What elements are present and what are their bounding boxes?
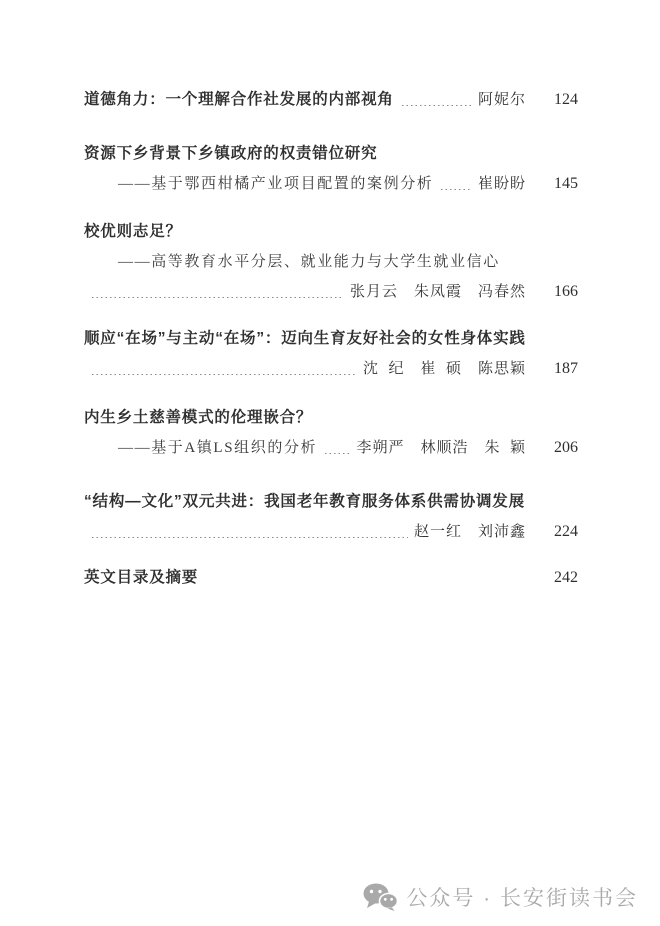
entry-subtitle: ——基于鄂西柑橘产业项目配置的案例分析	[118, 169, 433, 199]
entry-subtitle-line: ——基于A镇LS组织的分析李朔严 林顺浩 朱 颖206	[84, 433, 578, 463]
entry-title-line: 资源下乡背景下乡镇政府的权责错位研究	[84, 139, 578, 169]
toc-entry: 资源下乡背景下乡镇政府的权责错位研究——基于鄂西柑橘产业项目配置的案例分析崔盼盼…	[84, 139, 578, 199]
toc-page: 道德角力：一个理解合作社发展的内部视角阿妮尔124资源下乡背景下乡镇政府的权责错…	[0, 0, 660, 926]
entry-page-number: 124	[548, 85, 578, 115]
entry-authors: 张月云 朱凤霞 冯春然	[350, 277, 526, 307]
entry-title: 英文目录及摘要	[84, 563, 198, 593]
watermark-label: 公众号 · 长安街读书会	[406, 882, 638, 912]
entry-authors-line: 张月云 朱凤霞 冯春然166	[84, 277, 578, 307]
entry-authors: 李朔严 林顺浩 朱 颖	[356, 433, 526, 463]
entry-title-line: 英文目录及摘要242	[84, 563, 578, 593]
entry-subtitle: ——基于A镇LS组织的分析	[118, 433, 317, 463]
entry-title-line: 道德角力：一个理解合作社发展的内部视角阿妮尔124	[84, 85, 578, 115]
toc-entry: 内生乡土慈善模式的伦理嵌合？——基于A镇LS组织的分析李朔严 林顺浩 朱 颖20…	[84, 403, 578, 463]
entry-authors: 阿妮尔	[478, 85, 526, 115]
dot-leader	[441, 188, 472, 190]
entry-title-line: 顺应“在场”与主动“在场”：迈向生育友好社会的女性身体实践	[84, 324, 578, 354]
entry-authors-line: 赵一红 刘沛鑫224	[84, 517, 578, 547]
dot-leader	[92, 296, 344, 298]
entry-subtitle-line: ——基于鄂西柑橘产业项目配置的案例分析崔盼盼145	[84, 169, 578, 199]
dot-leader	[92, 373, 357, 375]
entry-page-number: 187	[548, 354, 578, 384]
dot-leader	[325, 452, 350, 454]
entry-authors: 赵一红 刘沛鑫	[414, 517, 526, 547]
entry-subtitle: ——高等教育水平分层、就业能力与大学生就业信心	[118, 247, 500, 277]
toc-entry: 道德角力：一个理解合作社发展的内部视角阿妮尔124	[84, 85, 578, 115]
entry-authors-line: 沈 纪 崔 硕 陈思颖187	[84, 354, 578, 384]
entry-page-number: 224	[548, 517, 578, 547]
toc-entry: 顺应“在场”与主动“在场”：迈向生育友好社会的女性身体实践沈 纪 崔 硕 陈思颖…	[84, 324, 578, 384]
watermark: 公众号 · 长安街读书会	[363, 882, 638, 912]
toc-entry: “结构—文化”双元共进：我国老年教育服务体系供需协调发展赵一红 刘沛鑫224	[84, 487, 578, 547]
entry-title-line: 校优则志足？	[84, 217, 578, 247]
entry-subtitle-line: ——高等教育水平分层、就业能力与大学生就业信心	[84, 247, 578, 277]
entry-page-number: 206	[548, 433, 578, 463]
toc-entry: 英文目录及摘要242	[84, 563, 578, 593]
entry-page-number: 166	[548, 277, 578, 307]
entry-title-line: “结构—文化”双元共进：我国老年教育服务体系供需协调发展	[84, 487, 578, 517]
dot-leader	[402, 104, 472, 106]
entry-title: 顺应“在场”与主动“在场”：迈向生育友好社会的女性身体实践	[84, 324, 526, 354]
entry-title: 校优则志足？	[84, 217, 182, 247]
toc-entry: 校优则志足？——高等教育水平分层、就业能力与大学生就业信心张月云 朱凤霞 冯春然…	[84, 217, 578, 307]
entry-title: 道德角力：一个理解合作社发展的内部视角	[84, 85, 394, 115]
entry-title: 内生乡土慈善模式的伦理嵌合？	[84, 403, 312, 433]
entry-title: “结构—文化”双元共进：我国老年教育服务体系供需协调发展	[84, 487, 525, 517]
wechat-icon	[363, 883, 397, 911]
entry-authors: 崔盼盼	[478, 169, 526, 199]
entry-page-number: 242	[548, 563, 578, 593]
entry-page-number: 145	[548, 169, 578, 199]
entry-authors: 沈 纪 崔 硕 陈思颖	[363, 354, 526, 384]
entry-title: 资源下乡背景下乡镇政府的权责错位研究	[84, 139, 377, 169]
toc-list: 道德角力：一个理解合作社发展的内部视角阿妮尔124资源下乡背景下乡镇政府的权责错…	[0, 0, 660, 593]
dot-leader	[92, 536, 408, 538]
entry-title-line: 内生乡土慈善模式的伦理嵌合？	[84, 403, 578, 433]
